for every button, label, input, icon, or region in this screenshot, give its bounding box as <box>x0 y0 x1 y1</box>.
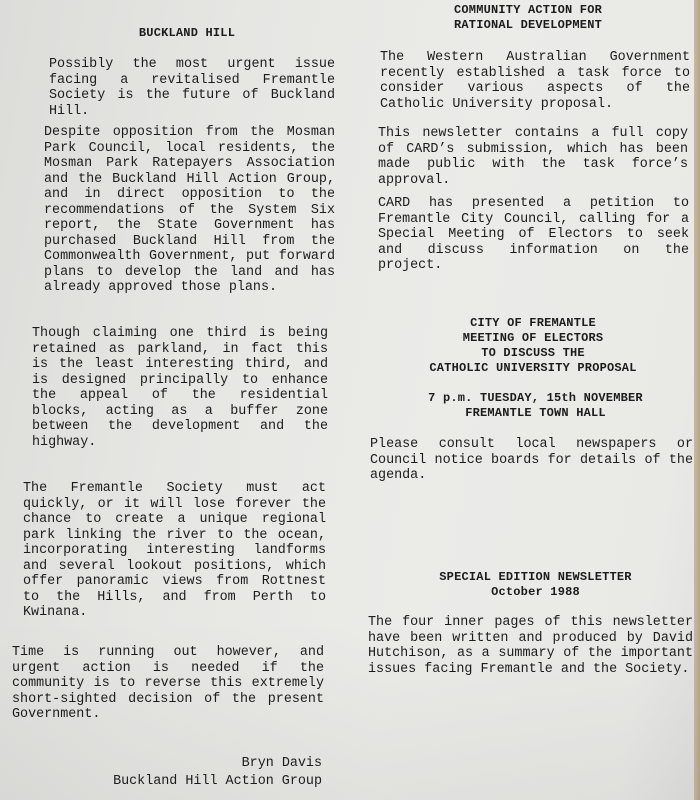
buckland-hill-heading: BUCKLAND HILL <box>42 26 332 41</box>
paragraph-time-running-out: Time is running out however, and urgent … <box>12 645 324 723</box>
special-edition-title: SPECIAL EDITION NEWSLETTER <box>378 570 693 585</box>
meeting-heading-line-2: MEETING OF ELECTORS <box>378 331 688 346</box>
meeting-notice-heading: CITY OF FREMANTLE MEETING OF ELECTORS TO… <box>378 316 688 376</box>
meeting-heading-line-3: TO DISCUSS THE <box>378 346 688 361</box>
meeting-time: 7 p.m. TUESDAY, 15th NOVEMBER <box>378 391 693 406</box>
meeting-venue: FREMANTLE TOWN HALL <box>378 406 693 421</box>
paragraph-intro: Possibly the most urgent issue facing a … <box>49 57 335 119</box>
paragraph-opposition: Despite opposition from the Mosman Park … <box>44 125 335 296</box>
special-edition-date: October 1988 <box>378 585 693 600</box>
special-edition-heading: SPECIAL EDITION NEWSLETTER October 1988 <box>378 570 693 600</box>
card-heading-line-1: COMMUNITY ACTION FOR <box>378 3 678 18</box>
paragraph-task-force: The Western Australian Government recent… <box>380 50 690 112</box>
paragraph-parkland: Though claiming one third is being retai… <box>32 326 328 450</box>
signature-organisation: Buckland Hill Action Group <box>62 773 322 791</box>
paragraph-consult-newspapers: Please consult local newspapers or Counc… <box>370 437 693 484</box>
paragraph-inner-pages: The four inner pages of this newsletter … <box>368 615 693 677</box>
signature-name: Bryn Davis <box>62 755 322 773</box>
card-heading-line-2: RATIONAL DEVELOPMENT <box>378 18 678 33</box>
paragraph-petition: CARD has presented a petition to Fremant… <box>378 196 689 274</box>
paper-edge <box>694 0 700 800</box>
paragraph-act-quickly: The Fremantle Society must act quickly, … <box>23 481 326 621</box>
meeting-time-venue: 7 p.m. TUESDAY, 15th NOVEMBER FREMANTLE … <box>378 391 693 421</box>
meeting-heading-line-4: CATHOLIC UNIVERSITY PROPOSAL <box>378 361 688 376</box>
signature-block: Bryn Davis Buckland Hill Action Group <box>62 755 322 791</box>
card-heading: COMMUNITY ACTION FOR RATIONAL DEVELOPMEN… <box>378 3 678 33</box>
paragraph-submission: This newsletter contains a full copy of … <box>378 126 688 188</box>
meeting-heading-line-1: CITY OF FREMANTLE <box>378 316 688 331</box>
